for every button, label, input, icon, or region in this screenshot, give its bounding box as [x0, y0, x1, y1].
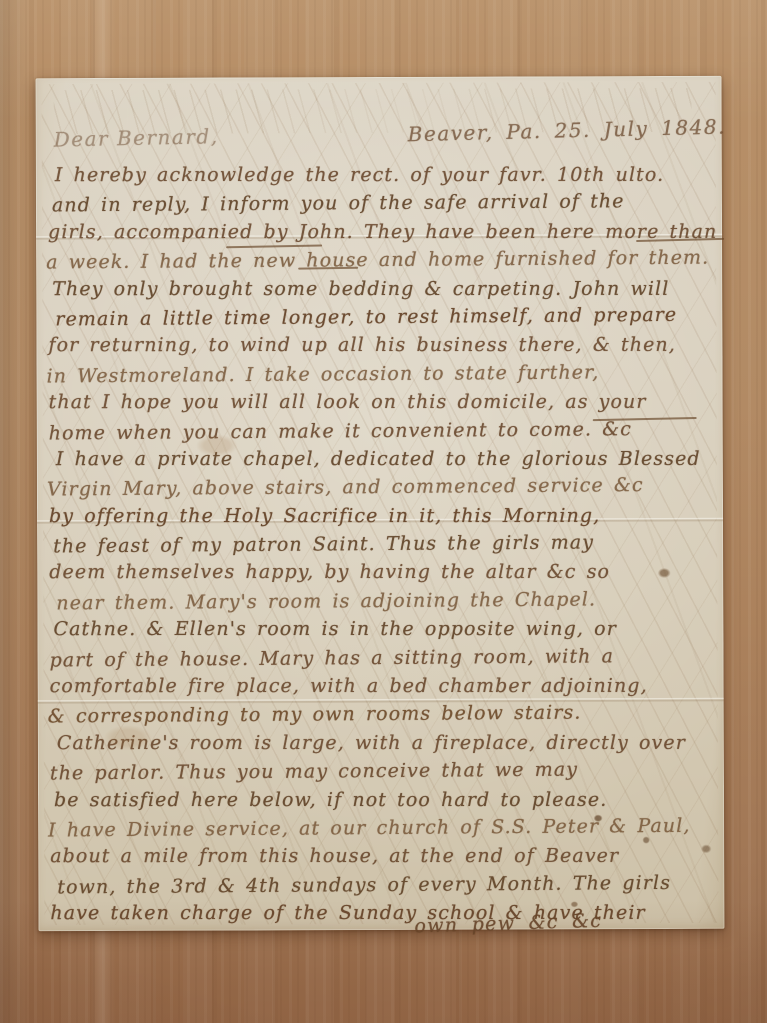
letter-line: near them. Mary's room is adjoining the …	[56, 584, 719, 617]
letter-line: I hereby acknowledge the rect. of your f…	[55, 161, 718, 190]
letter-line: Catherine's room is large, with a firepl…	[57, 729, 720, 758]
letter-line: & corresponding to my own rooms below st…	[48, 698, 720, 731]
letter-line: Virgin Mary, above stairs, and commenced…	[47, 471, 719, 504]
letter-line: They only brought some bedding & carpeti…	[52, 274, 718, 303]
letter-line: about a mile from this house, at the end…	[50, 842, 720, 871]
letter-line: part of the house. Mary has a sitting ro…	[49, 641, 719, 674]
letter-line: a week. I had the new house and home fur…	[46, 244, 718, 277]
letter-line: girls, accompanied by John. They have be…	[48, 218, 718, 247]
photo-background: Beaver, Pa. 25. July 1848. Dear Bernard,…	[0, 0, 767, 1023]
salutation: Dear Bernard,	[53, 124, 218, 151]
letter-line: I have a private chapel, dedicated to th…	[56, 445, 719, 474]
place-date-line: Beaver, Pa. 25. July 1848.	[407, 114, 726, 146]
letter-line: that I hope you will all look on this do…	[49, 388, 719, 417]
letter-line: have taken charge of the Sunday school &…	[50, 899, 720, 928]
letter-line: town, the 3rd & 4th sundays of every Mon…	[57, 868, 720, 901]
letter-line: I have Divine service, at our church of …	[48, 812, 720, 845]
letter-line: and in reply, I inform you of the safe a…	[52, 187, 718, 220]
letter-line: deem themselves happy, by having the alt…	[49, 558, 719, 587]
letter-body: I hereby acknowledge the rect. of your f…	[48, 160, 721, 929]
letter-line: the feast of my patron Saint. Thus the g…	[53, 528, 719, 561]
letter-line: for returning, to wind up all his busine…	[48, 331, 718, 360]
letter-line: Cathne. & Ellen's room is in the opposit…	[53, 615, 719, 644]
letter-line: be satisfied here below, if not too hard…	[54, 785, 720, 814]
letter-line: home when you can make it convenient to …	[49, 414, 719, 447]
letter-line: by offering the Holy Sacrifice in it, th…	[49, 502, 719, 531]
letter-line: remain a little time longer, to rest him…	[55, 300, 718, 333]
letter-line: the parlor. Thus you may conceive that w…	[50, 755, 720, 788]
letter-paper: Beaver, Pa. 25. July 1848. Dear Bernard,…	[36, 76, 725, 931]
closing-line: own pew &c &c	[414, 910, 602, 938]
letter-line: in Westmoreland. I take occasion to stat…	[46, 357, 718, 390]
letter-line: comfortable fire place, with a bed chamb…	[50, 672, 720, 701]
